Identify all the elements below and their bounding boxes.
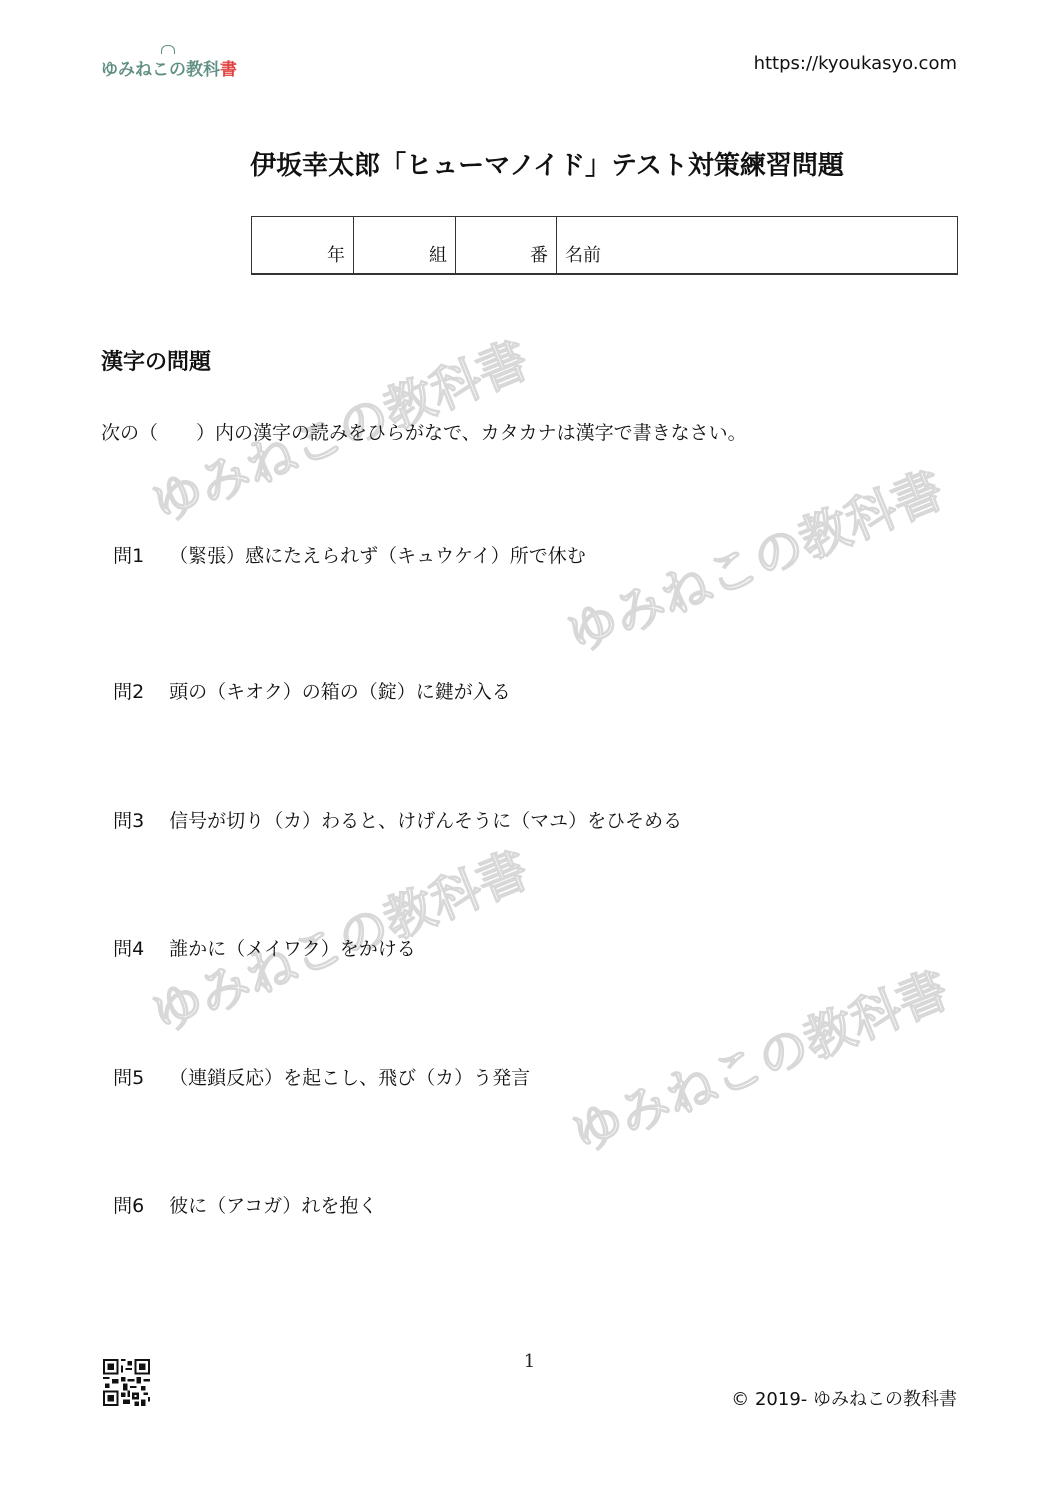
question-item: 問1（緊張）感にたえられず（キュウケイ）所で休む: [101, 519, 586, 568]
page-title: 伊坂幸太郎「ヒューマノイド」テスト対策練習問題: [0, 145, 1059, 182]
logo-text: ゆみねこの教科: [101, 60, 220, 80]
question-number: 問3: [113, 806, 169, 833]
question-item: 問6彼に（アコガ）れを抱く: [101, 1169, 377, 1218]
question-number: 問2: [113, 677, 169, 704]
site-url[interactable]: https://kyoukasyo.com: [754, 53, 957, 74]
question-item: 問2頭の（キオク）の箱の（錠）に鍵が入る: [101, 655, 511, 704]
number-field[interactable]: 番: [456, 217, 557, 275]
logo-accent-text: 書: [220, 60, 237, 80]
question-text: 頭の（キオク）の箱の（錠）に鍵が入る: [169, 681, 511, 703]
class-field[interactable]: 組: [354, 217, 456, 275]
question-number: 問1: [113, 541, 169, 568]
question-item: 問5（連鎖反応）を起こし、飛び（カ）う発言: [101, 1041, 530, 1090]
copyright-text: © 2019- ゆみねこの教科書: [731, 1385, 957, 1411]
cat-ears-icon: [161, 45, 175, 54]
year-field[interactable]: 年: [252, 217, 354, 275]
question-number: 問5: [113, 1063, 169, 1090]
student-info-table: 年 組 番 名前: [251, 216, 958, 275]
question-number: 問6: [113, 1191, 169, 1218]
site-logo[interactable]: ゆみねこの教科書: [101, 55, 237, 80]
page-number: 1: [0, 1351, 1059, 1372]
watermark: ゆみねこの教科書: [555, 450, 953, 667]
instructions: 次の（ ）内の漢字の読みをひらがなで、カタカナは漢字で書きなさい。: [101, 418, 747, 445]
question-item: 問4誰かに（メイワク）をかける: [101, 912, 416, 961]
question-text: 彼に（アコガ）れを抱く: [169, 1195, 377, 1217]
question-text: （連鎖反応）を起こし、飛び（カ）う発言: [169, 1067, 530, 1089]
name-field[interactable]: 名前: [557, 217, 958, 275]
question-text: 信号が切り（カ）わると、けげんそうに（マユ）をひそめる: [169, 810, 682, 832]
question-item: 問3信号が切り（カ）わると、けげんそうに（マユ）をひそめる: [101, 784, 682, 833]
watermark: ゆみねこの教科書: [560, 950, 958, 1167]
section-title: 漢字の問題: [101, 345, 211, 376]
question-text: （緊張）感にたえられず（キュウケイ）所で休む: [169, 545, 586, 567]
question-number: 問4: [113, 934, 169, 961]
question-text: 誰かに（メイワク）をかける: [169, 938, 416, 960]
